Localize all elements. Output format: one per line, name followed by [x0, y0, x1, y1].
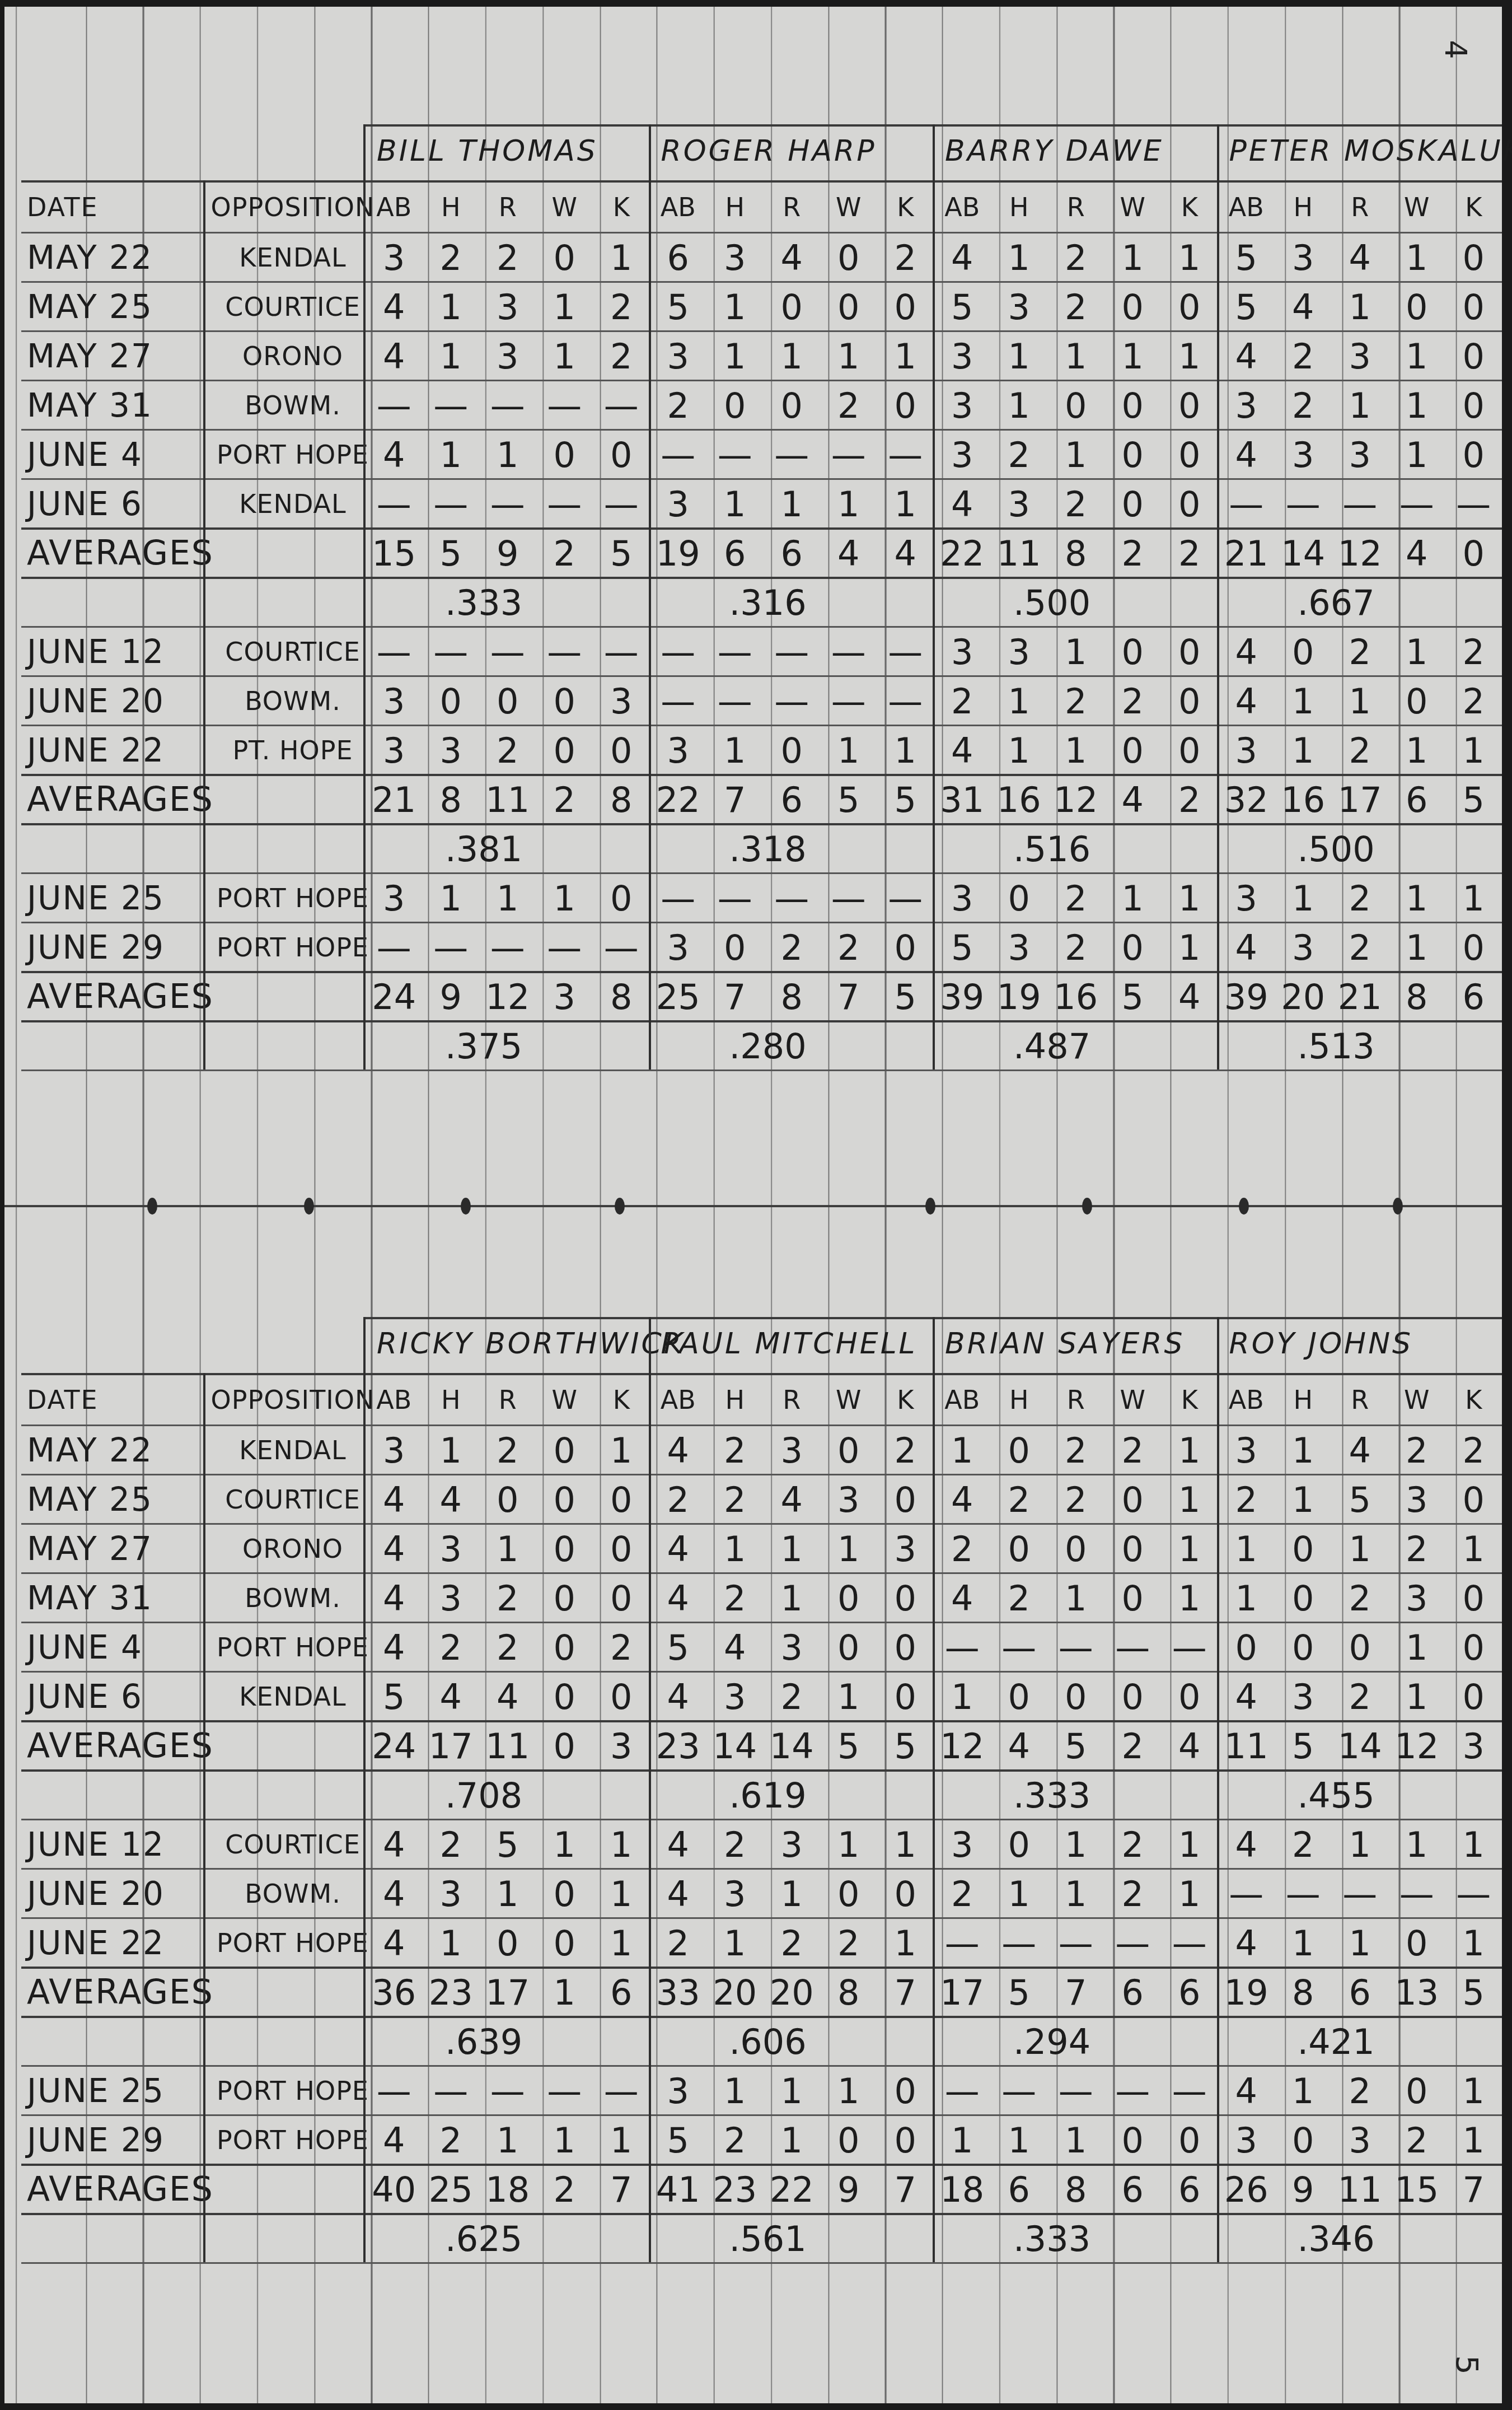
stat-value: 0	[1275, 2115, 1332, 2165]
stat-value: 0	[1161, 479, 1218, 529]
stat-value: 3	[1218, 874, 1275, 923]
stat-value: —	[423, 923, 480, 972]
stat-value: 0	[536, 726, 593, 775]
stat-header: R	[1047, 183, 1104, 232]
stat-value: 0	[877, 1623, 934, 1672]
stat-value: 2	[991, 1573, 1048, 1623]
game-row: MAY 22KENDAL32201634024121153410	[21, 233, 1502, 282]
stat-value: 2	[1047, 479, 1104, 529]
total-value: 5	[820, 1721, 877, 1771]
stat-value: 4	[423, 1672, 480, 1721]
game-opposition: BOWM.	[206, 1869, 380, 1918]
stat-value: 0	[1445, 430, 1502, 479]
stat-value: 2	[1445, 676, 1502, 726]
stat-value: 3	[1275, 1672, 1332, 1721]
stat-value: 5	[1218, 282, 1275, 331]
stat-value: 1	[536, 1820, 593, 1869]
stat-value: 0	[593, 1524, 650, 1573]
stat-value: 1	[1047, 331, 1104, 381]
stat-value: 2	[991, 430, 1048, 479]
stat-value: 1	[1445, 1524, 1502, 1573]
stat-value: 0	[1104, 1672, 1162, 1721]
stat-value: 3	[1275, 430, 1332, 479]
stat-value: 1	[1388, 430, 1445, 479]
total-value: 23	[706, 2165, 764, 2214]
stat-value: 1	[877, 479, 934, 529]
total-value: 17	[423, 1721, 480, 1771]
stat-value: —	[706, 874, 764, 923]
game-row: JUNE 12COURTICE——————————3310040212	[21, 627, 1502, 676]
stat-value: 2	[1332, 1573, 1389, 1623]
stat-value: 2	[820, 1918, 877, 1968]
total-value: 6	[764, 775, 821, 824]
total-value: 19	[1218, 1968, 1275, 2017]
stat-value: 0	[536, 1426, 593, 1475]
total-value: 5	[877, 1721, 934, 1771]
total-value: 5	[1445, 775, 1502, 824]
column-header-row: DATEOPPOSITIONABHRWKABHRWKABHRWKABHRWK	[21, 1375, 1502, 1424]
stat-value: 2	[650, 1475, 707, 1524]
stat-value: 1	[764, 479, 821, 529]
stat-value: 1	[1161, 233, 1218, 282]
stat-value: 1	[764, 1524, 821, 1573]
stat-value: 1	[593, 1426, 650, 1475]
page-number-top: 4	[1438, 40, 1473, 59]
stat-value: 4	[934, 233, 991, 282]
stat-header: AB	[650, 1375, 707, 1424]
stat-header: H	[1275, 183, 1332, 232]
stat-value: 3	[820, 1475, 877, 1524]
total-value: 16	[991, 775, 1048, 824]
stat-value: 4	[366, 331, 423, 381]
stat-value: 0	[820, 282, 877, 331]
stat-value: —	[764, 676, 821, 726]
stat-value: 2	[1332, 2066, 1389, 2115]
stat-value: 1	[1047, 430, 1104, 479]
total-value: 14	[1332, 1721, 1389, 1771]
stat-value: 4	[934, 1573, 991, 1623]
stat-value: 2	[1388, 2115, 1445, 2165]
total-value: 25	[423, 2165, 480, 2214]
stat-value: —	[536, 923, 593, 972]
stat-value: 1	[479, 1524, 536, 1573]
game-row: MAY 22KENDAL31201423021022131422	[21, 1426, 1502, 1475]
stat-value: 2	[991, 1475, 1048, 1524]
stat-value: 1	[593, 1820, 650, 1869]
stat-value: —	[1445, 1869, 1502, 1918]
total-value: 11	[1218, 1721, 1275, 1771]
stat-value: 0	[1275, 1524, 1332, 1573]
stat-value: 2	[1332, 1672, 1389, 1721]
stat-value: 1	[706, 282, 764, 331]
game-opposition: PT. HOPE	[206, 726, 380, 775]
stat-value: 1	[423, 430, 480, 479]
game-row: JUNE 4PORT HOPE4220254300—————00010	[21, 1623, 1502, 1672]
stat-value: 1	[764, 1573, 821, 1623]
game-opposition: PORT HOPE	[206, 923, 380, 972]
stat-value: 1	[820, 2066, 877, 2115]
stat-value: 6	[650, 233, 707, 282]
stat-value: 0	[1445, 1623, 1502, 1672]
stat-value: 2	[1275, 331, 1332, 381]
stat-value: 1	[1388, 1672, 1445, 1721]
game-opposition: COURTICE	[206, 282, 380, 331]
stat-value: 1	[877, 1820, 934, 1869]
game-date: MAY 31	[27, 1573, 206, 1623]
game-date: JUNE 6	[27, 479, 206, 529]
stat-value: 1	[1218, 1573, 1275, 1623]
stat-value: 2	[706, 1475, 764, 1524]
total-value: 9	[820, 2165, 877, 2214]
stat-value: 1	[706, 2066, 764, 2115]
stat-value: 0	[1445, 1475, 1502, 1524]
ledger-page: 4 5 BILL THOMASROGER HARPBARRY DAWEPETER…	[4, 7, 1502, 2403]
player-name: BARRY DAWE	[945, 134, 1164, 168]
stat-value: —	[706, 676, 764, 726]
stat-value: 1	[877, 726, 934, 775]
stat-value: 3	[934, 381, 991, 430]
stat-value: 0	[1104, 923, 1162, 972]
stat-value: 0	[877, 381, 934, 430]
stat-header: AB	[1218, 1375, 1275, 1424]
game-date: MAY 25	[27, 282, 206, 331]
stat-value: 3	[1218, 2115, 1275, 2165]
game-opposition: PORT HOPE	[206, 1918, 380, 1968]
stat-value: 2	[1104, 1869, 1162, 1918]
stat-value: 4	[764, 1475, 821, 1524]
total-value: 6	[1332, 1968, 1389, 2017]
stat-value: —	[877, 676, 934, 726]
stat-value: 2	[593, 1623, 650, 1672]
stat-value: 4	[934, 479, 991, 529]
averages-row: AVERAGES241711032314145512452411514123	[21, 1721, 1502, 1771]
stat-value: 4	[650, 1524, 707, 1573]
averages-row: AVERAGES21811282276553116124232161765	[21, 775, 1502, 824]
batting-average: .381	[445, 829, 522, 870]
game-date: JUNE 22	[27, 1918, 206, 1968]
stat-value: 1	[1275, 1426, 1332, 1475]
stat-value: 3	[991, 627, 1048, 676]
stat-value: 1	[1445, 1918, 1502, 1968]
stat-value: 0	[1445, 1672, 1502, 1721]
stat-value: —	[1218, 1869, 1275, 1918]
stat-value: —	[820, 430, 877, 479]
stat-value: 1	[877, 1918, 934, 1968]
stat-value: —	[479, 2066, 536, 2115]
stat-value: 2	[934, 1869, 991, 1918]
stat-value: 4	[366, 430, 423, 479]
stat-value: 4	[1218, 676, 1275, 726]
stat-value: —	[536, 479, 593, 529]
stat-value: —	[1218, 479, 1275, 529]
stat-value: 3	[934, 627, 991, 676]
total-value: 26	[1218, 2165, 1275, 2214]
game-row: JUNE 4PORT HOPE41100—————3210043310	[21, 430, 1502, 479]
stat-value: —	[1104, 2066, 1162, 2115]
stat-value: 3	[764, 1623, 821, 1672]
stat-value: 2	[1047, 676, 1104, 726]
stat-value: 4	[934, 726, 991, 775]
batting-average: .316	[729, 582, 807, 623]
averages-row: AVERAGES155925196644221182221141240	[21, 529, 1502, 578]
total-value: 7	[706, 972, 764, 1021]
batting-average: .667	[1298, 582, 1375, 623]
stat-value: 2	[423, 1820, 480, 1869]
stat-value: 3	[1388, 1573, 1445, 1623]
total-value: 4	[991, 1721, 1048, 1771]
stat-header: AB	[366, 1375, 423, 1424]
stat-value: 1	[536, 331, 593, 381]
total-value: 19	[650, 529, 707, 578]
player-column-border	[933, 1317, 935, 2262]
total-value: 6	[1104, 2165, 1162, 2214]
total-value: 8	[593, 775, 650, 824]
total-value: 14	[764, 1721, 821, 1771]
stat-value: 2	[1388, 1426, 1445, 1475]
stat-value: 0	[1104, 479, 1162, 529]
batting-average: .346	[1298, 2218, 1375, 2259]
stat-value: 0	[1445, 381, 1502, 430]
stat-value: 1	[764, 331, 821, 381]
game-opposition: PORT HOPE	[206, 2066, 380, 2115]
stat-value: 0	[991, 874, 1048, 923]
stat-value: 0	[593, 430, 650, 479]
game-date: MAY 22	[27, 1426, 206, 1475]
stat-value: 1	[1445, 2115, 1502, 2165]
stat-value: 1	[1104, 331, 1162, 381]
game-row: MAY 25COURTICE41312510005320054100	[21, 282, 1502, 331]
stat-value: —	[1332, 1869, 1389, 1918]
stat-header: W	[536, 1375, 593, 1424]
stat-value: 0	[479, 676, 536, 726]
stat-header: R	[764, 1375, 821, 1424]
stat-value: 4	[366, 282, 423, 331]
stat-value: —	[1047, 1623, 1104, 1672]
stat-value: 4	[1218, 2066, 1275, 2115]
stat-value: —	[366, 923, 423, 972]
total-value: 5	[1047, 1721, 1104, 1771]
total-value: 23	[423, 1968, 480, 2017]
stat-value: 3	[706, 233, 764, 282]
stat-value: 2	[706, 1820, 764, 1869]
stat-value: 2	[1047, 1475, 1104, 1524]
stat-value: 5	[650, 1623, 707, 1672]
player-column-border	[933, 124, 935, 1069]
stat-value: 3	[423, 1869, 480, 1918]
total-value: 22	[764, 2165, 821, 2214]
stat-header: H	[1275, 1375, 1332, 1424]
stat-value: 4	[1218, 923, 1275, 972]
stat-value: 0	[1104, 381, 1162, 430]
stat-value: 0	[1388, 2066, 1445, 2115]
stat-value: 0	[1388, 282, 1445, 331]
batting-average: .708	[445, 1775, 522, 1816]
player-name: PAUL MITCHELL	[661, 1327, 918, 1361]
stat-value: 1	[1275, 1475, 1332, 1524]
total-value: 12	[1332, 529, 1389, 578]
game-date: JUNE 6	[27, 1672, 206, 1721]
stat-value: —	[593, 479, 650, 529]
stat-value: 0	[536, 1475, 593, 1524]
batting-average: .333	[445, 582, 522, 623]
total-value: 7	[820, 972, 877, 1021]
batting-average: .500	[1013, 582, 1090, 623]
stat-value: —	[991, 2066, 1048, 2115]
stat-value: 1	[1445, 2066, 1502, 2115]
stat-header: AB	[650, 183, 707, 232]
stat-value: 1	[1161, 1573, 1218, 1623]
stat-value: 2	[877, 1426, 934, 1475]
game-date: MAY 25	[27, 1475, 206, 1524]
date-column-border	[203, 180, 205, 1069]
game-opposition: PORT HOPE	[206, 430, 380, 479]
stat-value: 4	[1218, 1672, 1275, 1721]
stat-value: 0	[1161, 430, 1218, 479]
stat-value: 2	[877, 233, 934, 282]
batting-average-row: .639.606.294.421	[21, 2017, 1502, 2066]
stat-value: 3	[423, 1524, 480, 1573]
stat-value: 0	[764, 726, 821, 775]
stat-value: 0	[1218, 1623, 1275, 1672]
player-name: PETER MOSKALUK	[1229, 134, 1512, 168]
stat-value: 1	[536, 874, 593, 923]
stat-value: —	[479, 479, 536, 529]
stat-value: —	[1161, 1918, 1218, 1968]
stat-value: 2	[479, 726, 536, 775]
batting-average: .513	[1298, 1026, 1375, 1067]
stat-value: —	[820, 874, 877, 923]
stat-value: 1	[706, 1918, 764, 1968]
stat-value: 2	[650, 381, 707, 430]
stat-value: 0	[877, 923, 934, 972]
batting-average-row: .375.280.487.513	[21, 1021, 1502, 1071]
total-value: 7	[1445, 2165, 1502, 2214]
stat-value: 0	[479, 1475, 536, 1524]
stat-value: 3	[1332, 430, 1389, 479]
stat-value: —	[593, 381, 650, 430]
total-value: 16	[1047, 972, 1104, 1021]
stat-value: 2	[650, 1918, 707, 1968]
stat-value: —	[536, 627, 593, 676]
stat-value: 0	[1445, 331, 1502, 381]
total-value: 39	[1218, 972, 1275, 1021]
stat-value: —	[650, 430, 707, 479]
stat-value: 0	[1161, 381, 1218, 430]
stat-value: 3	[593, 676, 650, 726]
game-opposition: PORT HOPE	[206, 1623, 380, 1672]
stat-value: 0	[1047, 381, 1104, 430]
stat-value: 3	[1218, 381, 1275, 430]
stat-value: 0	[1275, 1623, 1332, 1672]
stat-header: W	[1104, 183, 1162, 232]
total-value: 7	[593, 2165, 650, 2214]
stat-value: 1	[764, 2066, 821, 2115]
total-value: 8	[1047, 529, 1104, 578]
stat-value: 0	[593, 874, 650, 923]
stat-value: —	[366, 627, 423, 676]
game-date: JUNE 29	[27, 923, 206, 972]
total-value: 12	[1388, 1721, 1445, 1771]
stat-value: —	[1388, 479, 1445, 529]
total-value: 8	[820, 1968, 877, 2017]
stat-value: 1	[1047, 1869, 1104, 1918]
stat-value: 2	[1104, 676, 1162, 726]
stat-value: 1	[1161, 1820, 1218, 1869]
game-date: JUNE 20	[27, 1869, 206, 1918]
stat-value: —	[479, 923, 536, 972]
stat-value: 1	[1445, 726, 1502, 775]
total-value: 20	[706, 1968, 764, 2017]
stat-value: 4	[1218, 331, 1275, 381]
stat-value: 4	[650, 1820, 707, 1869]
stat-value: —	[934, 1918, 991, 1968]
stat-header: H	[423, 1375, 480, 1424]
total-value: 36	[366, 1968, 423, 2017]
stat-value: 1	[1047, 2115, 1104, 2165]
stat-value: —	[1161, 1623, 1218, 1672]
stat-value: 0	[1445, 923, 1502, 972]
stat-value: —	[423, 479, 480, 529]
total-value: 6	[764, 529, 821, 578]
stat-value: 2	[706, 1426, 764, 1475]
total-value: 9	[1275, 2165, 1332, 2214]
total-value: 2	[1104, 1721, 1162, 1771]
stat-value: 3	[650, 726, 707, 775]
total-value: 21	[366, 775, 423, 824]
game-opposition: KENDAL	[206, 233, 380, 282]
stat-value: 1	[1104, 874, 1162, 923]
stat-value: —	[1275, 479, 1332, 529]
game-opposition: KENDAL	[206, 479, 380, 529]
stat-value: 2	[1445, 627, 1502, 676]
game-date: JUNE 22	[27, 726, 206, 775]
batting-average: .333	[1013, 2218, 1090, 2259]
total-value: 22	[934, 529, 991, 578]
stat-value: 0	[1161, 2115, 1218, 2165]
stat-value: 1	[991, 381, 1048, 430]
stat-value: 1	[706, 726, 764, 775]
stat-value: —	[479, 381, 536, 430]
stat-value: 3	[366, 874, 423, 923]
stat-value: —	[650, 874, 707, 923]
stat-value: 0	[877, 1869, 934, 1918]
stat-value: —	[366, 381, 423, 430]
stat-value: 1	[593, 2115, 650, 2165]
stat-value: 2	[1445, 1426, 1502, 1475]
stat-value: 4	[1332, 1426, 1389, 1475]
total-value: 2	[536, 2165, 593, 2214]
total-value: 18	[479, 2165, 536, 2214]
stat-value: 0	[593, 1573, 650, 1623]
stat-header: R	[479, 1375, 536, 1424]
stat-value: 1	[820, 1820, 877, 1869]
total-value: 7	[706, 775, 764, 824]
stat-value: 1	[479, 1869, 536, 1918]
game-row: JUNE 25PORT HOPE—————31110—————41201	[21, 2066, 1502, 2115]
stat-value: 0	[1161, 726, 1218, 775]
batting-average: .516	[1013, 829, 1090, 870]
stat-value: 3	[366, 233, 423, 282]
stat-value: 4	[934, 1475, 991, 1524]
stat-value: 4	[366, 1623, 423, 1672]
total-value: 0	[1445, 529, 1502, 578]
stat-value: 3	[1275, 923, 1332, 972]
batting-average: .561	[729, 2218, 807, 2259]
stat-value: 1	[1388, 233, 1445, 282]
averages-label: AVERAGES	[27, 529, 363, 578]
game-date: JUNE 12	[27, 1820, 206, 1869]
stat-value: 2	[934, 1524, 991, 1573]
